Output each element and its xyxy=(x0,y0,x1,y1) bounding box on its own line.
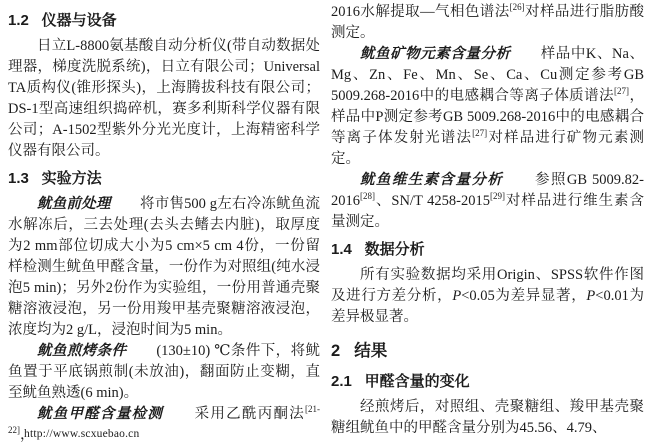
section-number: 2 xyxy=(331,342,340,360)
citation-ref: [27] xyxy=(472,128,487,138)
run-in-subheading: 鱿鱼维生素含量分析 xyxy=(360,172,503,188)
text-run: 将市售500 g左右冷冻鱿鱼流水解冻后，三去处理(去头去鳍去内脏)，取厚度为2 … xyxy=(8,196,320,338)
section-title: 仪器与设备 xyxy=(42,12,117,29)
section-number: 1.2 xyxy=(8,12,29,29)
section-number: 2.1 xyxy=(331,373,352,390)
paragraph: 经煎烤后，对照组、壳聚糖组、羧甲基壳聚糖组鱿鱼中的甲醛含量分别为45.56、4.… xyxy=(331,397,644,439)
text-run: 、SN/T 4258-2015 xyxy=(375,193,490,209)
text-run: 日立L-8800氨基酸自动分析仪(带自动数据处理器，梯度洗脱系统)，日立有限公司… xyxy=(8,38,320,159)
left-column: 1.2仪器与设备日立L-8800氨基酸自动分析仪(带自动数据处理器，梯度洗脱系统… xyxy=(8,0,320,446)
citation-ref: [28] xyxy=(360,191,375,201)
paragraph: 鱿鱼煎烤条件 (130±10) ℃条件下，将鱿鱼置于平底锅煎制(未放油)，翻面防… xyxy=(8,341,320,404)
run-in-subheading: 鱿鱼前处理 xyxy=(37,196,111,212)
run-in-subheading: 鱿鱼煎烤条件 xyxy=(37,343,127,359)
text-run: 经煎烤后，对照组、壳聚糖组、羧甲基壳聚糖组鱿鱼中的甲醛含量分别为45.56、4.… xyxy=(331,399,644,436)
section-title: 数据分析 xyxy=(365,241,425,258)
text-run: 采用乙酰丙酮法 xyxy=(163,406,305,422)
footer-journal-url: http://www.scxuebao.cn xyxy=(24,428,139,440)
run-in-subheading: 鱿鱼矿物元素含量分析 xyxy=(360,46,511,62)
citation-ref: [29] xyxy=(490,191,505,201)
text-run: <0.05为差异显著， xyxy=(461,288,586,304)
text-run: P xyxy=(452,288,461,304)
paragraph: 2016水解提取—气相色谱法[26]对样品进行脂肪酸测定。 xyxy=(331,2,644,44)
paragraph: 日立L-8800氨基酸自动分析仪(带自动数据处理器，梯度洗脱系统)，日立有限公司… xyxy=(8,36,320,162)
section-number: 1.4 xyxy=(331,241,352,258)
right-column: 2016水解提取—气相色谱法[26]对样品进行脂肪酸测定。鱿鱼矿物元素含量分析 … xyxy=(331,0,644,439)
citation-ref: [27] xyxy=(614,86,629,96)
section-title: 甲醛含量的变化 xyxy=(365,373,470,390)
paragraph: 鱿鱼维生素含量分析 参照GB 5009.82-2016[28]、SN/T 425… xyxy=(331,170,644,233)
section-heading-2.1: 2.1甲醛含量的变化 xyxy=(331,371,644,392)
paragraph: 所有实验数据均采用Origin、SPSS软件作图及进行方差分析，P<0.05为差… xyxy=(331,265,644,328)
text-run: P xyxy=(586,288,595,304)
section-heading-1.2: 1.2仪器与设备 xyxy=(8,10,320,31)
section-heading-1.4: 1.4数据分析 xyxy=(331,239,644,260)
paper-page: 1.2仪器与设备日立L-8800氨基酸自动分析仪(带自动数据处理器，梯度洗脱系统… xyxy=(0,0,650,447)
text-run: 2016水解提取—气相色谱法 xyxy=(331,4,510,20)
section-title: 结果 xyxy=(354,342,387,360)
section-title: 实验方法 xyxy=(42,170,102,187)
section-number: 1.3 xyxy=(8,170,29,187)
section-heading-2: 2结果 xyxy=(331,341,644,362)
paragraph: 鱿鱼矿物元素含量分析 样品中K、Na、Mg、Zn、Fe、Mn、Se、Ca、Cu测… xyxy=(331,44,644,170)
run-in-subheading: 鱿鱼甲醛含量检测 xyxy=(37,406,163,422)
citation-ref: [26] xyxy=(510,2,525,12)
section-heading-1.3: 1.3实验方法 xyxy=(8,168,320,189)
paragraph: 鱿鱼前处理 将市售500 g左右冷冻鱿鱼流水解冻后，三去处理(去头去鳍去内脏)，… xyxy=(8,194,320,341)
